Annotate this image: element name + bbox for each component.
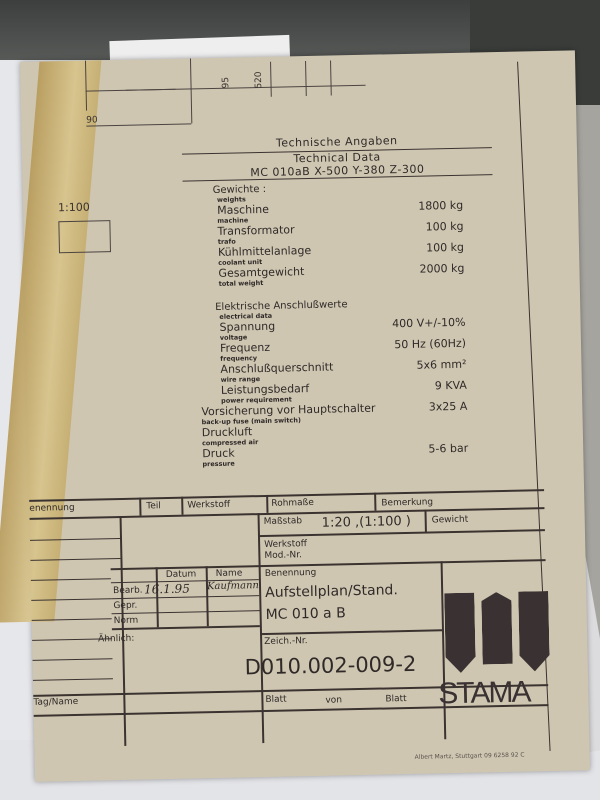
datum-label: Datum: [166, 569, 197, 580]
dimension-label: 95: [221, 77, 231, 89]
bearb-signature: Kaufmann: [207, 580, 259, 592]
drawing-number: D010.002-009-2: [244, 652, 416, 680]
logo-wordmark: STAMA: [438, 675, 530, 711]
gewicht-label: Gewicht: [432, 515, 469, 526]
spec-value: 3x25 A: [429, 400, 468, 414]
spec-label: Frequenz: [186, 341, 270, 356]
zeich-nr-label: Zeich.-Nr.: [264, 636, 308, 647]
spec-value: 5-6 bar: [428, 442, 468, 456]
spec-value: 9 KVA: [435, 379, 467, 393]
stama-logo: STAMA: [436, 591, 558, 703]
benennung-label: Benennung: [265, 568, 317, 579]
logo-bar-icon: [518, 591, 550, 672]
technical-data: Technische Angaben Technical Data MC 010…: [182, 132, 499, 468]
scale-note: 1:100: [58, 201, 90, 215]
spec-label: Maschine: [183, 203, 269, 218]
massstab-label: Maßstab: [264, 516, 303, 527]
name-label: Name: [216, 568, 243, 579]
spec-value: 2000 kg: [419, 262, 464, 276]
spec-value: 400 V+/-10%: [392, 316, 466, 331]
teil-label: Teil: [146, 501, 161, 511]
mod-nr-label: Mod.-Nr.: [264, 550, 302, 561]
rohmasse-label: Rohmaße: [271, 498, 314, 509]
spec-value: 5x6 mm²: [416, 358, 466, 372]
logo-bar-icon: [444, 593, 476, 674]
spec-value: 100 kg: [426, 241, 464, 255]
blatt-label: Blatt: [265, 695, 286, 705]
bearb-label: Bearb.: [113, 586, 143, 597]
spec-label: Gesamtgewicht: [184, 265, 304, 281]
bearb-date: 16.1.95: [144, 582, 190, 597]
drawing-title-line2: MC 010 a B: [265, 605, 345, 623]
spec-label: Kühlmittelanlage: [184, 244, 311, 260]
massstab-value: 1:20 ,(1:100 ): [322, 514, 411, 531]
spec-value: 50 Hz (60Hz): [394, 337, 466, 351]
tag-name-label: Tag/Name: [33, 697, 78, 708]
spec-value: 100 kg: [426, 220, 464, 234]
norm-label: Norm: [114, 616, 139, 627]
bemerkung-label: Bemerkung: [381, 497, 433, 508]
dimension-label: 520: [254, 71, 264, 88]
werkstoff-label: Werkstoff: [187, 500, 230, 511]
printer-imprint: Albert Martz, Stuttgart 09 6258 92 C: [415, 752, 525, 761]
spec-value: 1800 kg: [418, 199, 463, 213]
gepr-label: Gepr.: [113, 601, 137, 611]
von-label: von: [325, 695, 342, 705]
dimension-label: 90: [86, 115, 98, 125]
benennung-left-label: enennung: [29, 503, 75, 514]
werkstoff-mod-label: Werkstoff: [264, 539, 307, 550]
spec-label: Spannung: [185, 320, 275, 335]
drawing-sheet: 95 520 90 1:100 Technische Angaben Techn…: [20, 50, 590, 781]
spec-label: Druck: [188, 447, 235, 461]
drawing-title-line1: Aufstellplan/Stand.: [265, 582, 398, 601]
layout-sketch: 95 520 90: [65, 55, 356, 131]
spec-label: Transformator: [183, 223, 294, 238]
small-sketch: [58, 220, 111, 253]
logo-bar-icon: [481, 592, 513, 665]
blatt-total-label: Blatt: [385, 694, 406, 704]
